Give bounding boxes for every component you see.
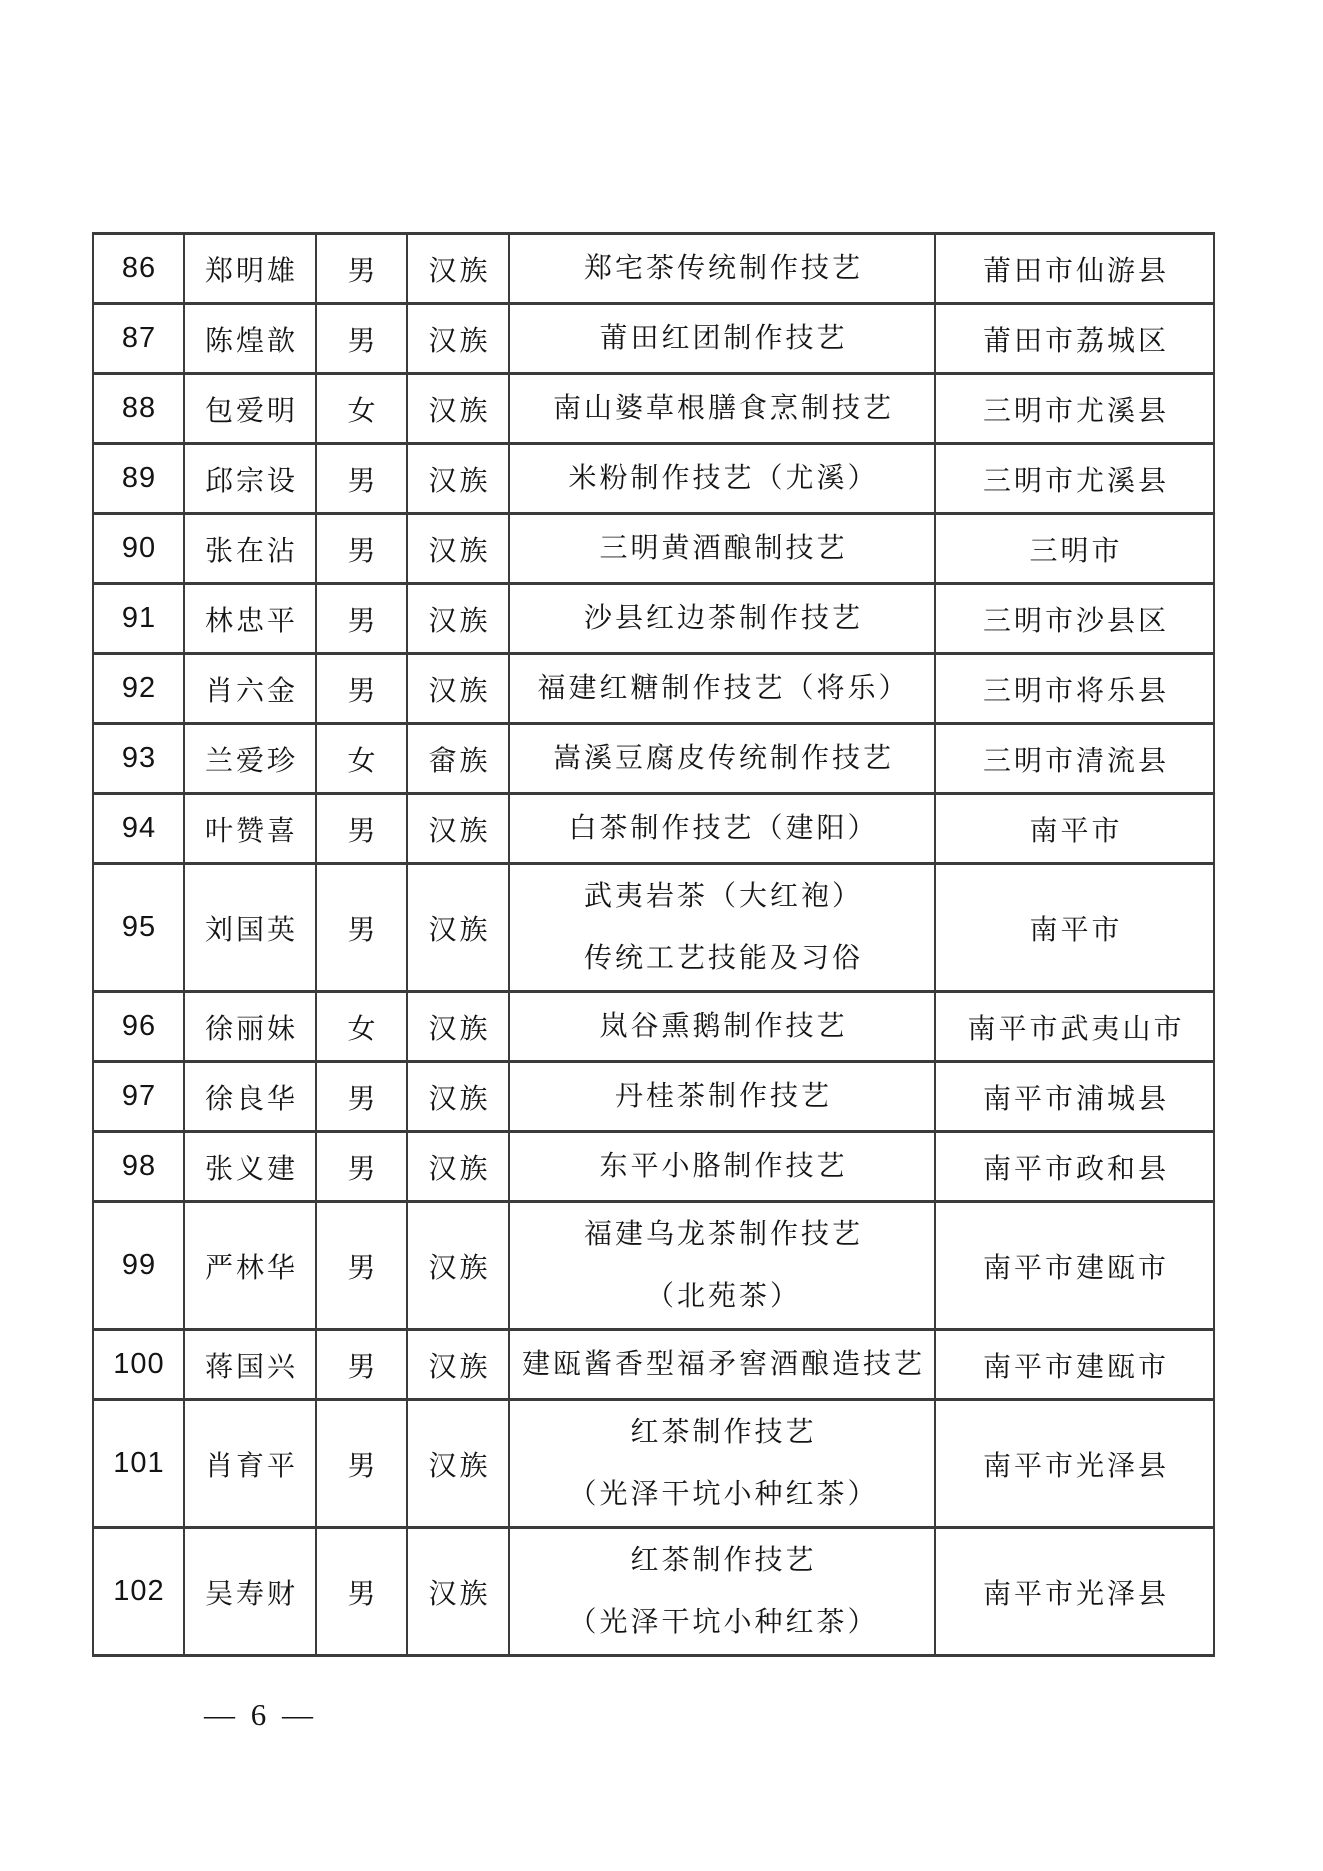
gender-cell: 男 — [316, 304, 407, 374]
table-row: 94叶赞喜男汉族白茶制作技艺（建阳）南平市 — [93, 794, 1214, 864]
region-cell: 三明市将乐县 — [935, 654, 1214, 724]
name-cell: 刘国英 — [184, 864, 316, 992]
region-cell: 南平市政和县 — [935, 1132, 1214, 1202]
ethnicity-cell: 汉族 — [407, 584, 509, 654]
region-cell: 南平市光泽县 — [935, 1528, 1214, 1656]
item-line: 南山婆草根膳食烹制技艺 — [510, 378, 934, 440]
item-cell: 岚谷熏鹅制作技艺 — [509, 992, 935, 1062]
item-line: 莆田红团制作技艺 — [510, 308, 934, 370]
name-cell: 郑明雄 — [184, 234, 316, 304]
region-cell: 三明市尤溪县 — [935, 374, 1214, 444]
gender-cell: 女 — [316, 724, 407, 794]
item-cell: 丹桂茶制作技艺 — [509, 1062, 935, 1132]
name-cell: 徐丽妹 — [184, 992, 316, 1062]
item-line: 红茶制作技艺 — [510, 1402, 934, 1464]
item-cell: 武夷岩茶（大红袍）传统工艺技能及习俗 — [509, 864, 935, 992]
region-cell: 南平市建瓯市 — [935, 1330, 1214, 1400]
item-cell: 福建红糖制作技艺（将乐） — [509, 654, 935, 724]
row-number-cell: 92 — [93, 654, 184, 724]
item-cell: 三明黄酒酿制技艺 — [509, 514, 935, 584]
name-cell: 林忠平 — [184, 584, 316, 654]
name-cell: 张义建 — [184, 1132, 316, 1202]
ethnicity-cell: 汉族 — [407, 514, 509, 584]
table-row: 91林忠平男汉族沙县红边茶制作技艺三明市沙县区 — [93, 584, 1214, 654]
row-number-cell: 102 — [93, 1528, 184, 1656]
table-row: 97徐良华男汉族丹桂茶制作技艺南平市浦城县 — [93, 1062, 1214, 1132]
region-cell: 三明市沙县区 — [935, 584, 1214, 654]
region-cell: 南平市武夷山市 — [935, 992, 1214, 1062]
item-line: 武夷岩茶（大红袍） — [510, 866, 934, 928]
table-row: 95刘国英男汉族武夷岩茶（大红袍）传统工艺技能及习俗南平市 — [93, 864, 1214, 992]
item-line: 沙县红边茶制作技艺 — [510, 588, 934, 650]
item-cell: 东平小胳制作技艺 — [509, 1132, 935, 1202]
gender-cell: 男 — [316, 234, 407, 304]
gender-cell: 男 — [316, 584, 407, 654]
ethnicity-cell: 汉族 — [407, 444, 509, 514]
region-cell: 南平市 — [935, 794, 1214, 864]
gender-cell: 男 — [316, 1528, 407, 1656]
row-number-cell: 94 — [93, 794, 184, 864]
ethnicity-cell: 汉族 — [407, 864, 509, 992]
row-number-cell: 86 — [93, 234, 184, 304]
row-number-cell: 100 — [93, 1330, 184, 1400]
name-cell: 邱宗设 — [184, 444, 316, 514]
item-cell: 建瓯酱香型福矛窖酒酿造技艺 — [509, 1330, 935, 1400]
table-row: 101肖育平男汉族红茶制作技艺（光泽干坑小种红茶）南平市光泽县 — [93, 1400, 1214, 1528]
row-number-cell: 89 — [93, 444, 184, 514]
row-number-cell: 91 — [93, 584, 184, 654]
row-number-cell: 87 — [93, 304, 184, 374]
item-line: 郑宅茶传统制作技艺 — [510, 238, 934, 300]
table-row: 87陈煌歆男汉族莆田红团制作技艺莆田市荔城区 — [93, 304, 1214, 374]
ethnicity-cell: 汉族 — [407, 654, 509, 724]
name-cell: 包爱明 — [184, 374, 316, 444]
row-number-cell: 98 — [93, 1132, 184, 1202]
ethnicity-cell: 汉族 — [407, 794, 509, 864]
item-cell: 米粉制作技艺（尤溪） — [509, 444, 935, 514]
item-line: 传统工艺技能及习俗 — [510, 928, 934, 990]
name-cell: 蒋国兴 — [184, 1330, 316, 1400]
region-cell: 南平市浦城县 — [935, 1062, 1214, 1132]
gender-cell: 男 — [316, 864, 407, 992]
region-cell: 南平市 — [935, 864, 1214, 992]
ethnicity-cell: 汉族 — [407, 374, 509, 444]
item-line: （光泽干坑小种红茶） — [510, 1464, 934, 1526]
name-cell: 肖六金 — [184, 654, 316, 724]
item-line: 福建红糖制作技艺（将乐） — [510, 658, 934, 720]
item-line: 米粉制作技艺（尤溪） — [510, 448, 934, 510]
page-number: — 6 — — [204, 1697, 317, 1733]
region-cell: 三明市尤溪县 — [935, 444, 1214, 514]
ethnicity-cell: 汉族 — [407, 1132, 509, 1202]
ethnicity-cell: 汉族 — [407, 1062, 509, 1132]
ethnicity-cell: 汉族 — [407, 992, 509, 1062]
table-row: 98张义建男汉族东平小胳制作技艺南平市政和县 — [93, 1132, 1214, 1202]
gender-cell: 男 — [316, 1330, 407, 1400]
table-row: 88包爱明女汉族南山婆草根膳食烹制技艺三明市尤溪县 — [93, 374, 1214, 444]
ethnicity-cell: 汉族 — [407, 1330, 509, 1400]
item-cell: 白茶制作技艺（建阳） — [509, 794, 935, 864]
region-cell: 莆田市仙游县 — [935, 234, 1214, 304]
gender-cell: 男 — [316, 1202, 407, 1330]
inheritors-table: 86郑明雄男汉族郑宅茶传统制作技艺莆田市仙游县87陈煌歆男汉族莆田红团制作技艺莆… — [92, 232, 1215, 1657]
item-line: （光泽干坑小种红茶） — [510, 1592, 934, 1654]
table-row: 96徐丽妹女汉族岚谷熏鹅制作技艺南平市武夷山市 — [93, 992, 1214, 1062]
region-cell: 南平市光泽县 — [935, 1400, 1214, 1528]
row-number-cell: 88 — [93, 374, 184, 444]
name-cell: 兰爱珍 — [184, 724, 316, 794]
item-line: 岚谷熏鹅制作技艺 — [510, 996, 934, 1058]
ethnicity-cell: 畲族 — [407, 724, 509, 794]
item-line: 红茶制作技艺 — [510, 1530, 934, 1592]
ethnicity-cell: 汉族 — [407, 234, 509, 304]
row-number-cell: 90 — [93, 514, 184, 584]
item-line: 三明黄酒酿制技艺 — [510, 518, 934, 580]
gender-cell: 男 — [316, 1132, 407, 1202]
gender-cell: 男 — [316, 1400, 407, 1528]
item-cell: 郑宅茶传统制作技艺 — [509, 234, 935, 304]
row-number-cell: 99 — [93, 1202, 184, 1330]
table-row: 100蒋国兴男汉族建瓯酱香型福矛窖酒酿造技艺南平市建瓯市 — [93, 1330, 1214, 1400]
item-line: 东平小胳制作技艺 — [510, 1136, 934, 1198]
name-cell: 徐良华 — [184, 1062, 316, 1132]
ethnicity-cell: 汉族 — [407, 304, 509, 374]
ethnicity-cell: 汉族 — [407, 1400, 509, 1528]
gender-cell: 男 — [316, 794, 407, 864]
region-cell: 三明市 — [935, 514, 1214, 584]
item-cell: 嵩溪豆腐皮传统制作技艺 — [509, 724, 935, 794]
item-cell: 莆田红团制作技艺 — [509, 304, 935, 374]
table-row: 102吴寿财男汉族红茶制作技艺（光泽干坑小种红茶）南平市光泽县 — [93, 1528, 1214, 1656]
name-cell: 陈煌歆 — [184, 304, 316, 374]
item-cell: 红茶制作技艺（光泽干坑小种红茶） — [509, 1528, 935, 1656]
item-line: 建瓯酱香型福矛窖酒酿造技艺 — [510, 1334, 934, 1396]
gender-cell: 男 — [316, 654, 407, 724]
item-line: 白茶制作技艺（建阳） — [510, 798, 934, 860]
item-line: （北苑茶） — [510, 1266, 934, 1328]
gender-cell: 男 — [316, 1062, 407, 1132]
table-row: 99严林华男汉族福建乌龙茶制作技艺（北苑茶）南平市建瓯市 — [93, 1202, 1214, 1330]
gender-cell: 女 — [316, 992, 407, 1062]
name-cell: 严林华 — [184, 1202, 316, 1330]
table-row: 92肖六金男汉族福建红糖制作技艺（将乐）三明市将乐县 — [93, 654, 1214, 724]
region-cell: 南平市建瓯市 — [935, 1202, 1214, 1330]
name-cell: 吴寿财 — [184, 1528, 316, 1656]
ethnicity-cell: 汉族 — [407, 1528, 509, 1656]
region-cell: 莆田市荔城区 — [935, 304, 1214, 374]
table-row: 90张在沾男汉族三明黄酒酿制技艺三明市 — [93, 514, 1214, 584]
row-number-cell: 101 — [93, 1400, 184, 1528]
item-cell: 南山婆草根膳食烹制技艺 — [509, 374, 935, 444]
region-cell: 三明市清流县 — [935, 724, 1214, 794]
item-cell: 红茶制作技艺（光泽干坑小种红茶） — [509, 1400, 935, 1528]
ethnicity-cell: 汉族 — [407, 1202, 509, 1330]
table-row: 93兰爱珍女畲族嵩溪豆腐皮传统制作技艺三明市清流县 — [93, 724, 1214, 794]
row-number-cell: 97 — [93, 1062, 184, 1132]
table-row: 86郑明雄男汉族郑宅茶传统制作技艺莆田市仙游县 — [93, 234, 1214, 304]
name-cell: 叶赞喜 — [184, 794, 316, 864]
gender-cell: 女 — [316, 374, 407, 444]
row-number-cell: 95 — [93, 864, 184, 992]
row-number-cell: 93 — [93, 724, 184, 794]
gender-cell: 男 — [316, 444, 407, 514]
table-row: 89邱宗设男汉族米粉制作技艺（尤溪）三明市尤溪县 — [93, 444, 1214, 514]
document-page: 86郑明雄男汉族郑宅茶传统制作技艺莆田市仙游县87陈煌歆男汉族莆田红团制作技艺莆… — [0, 0, 1323, 1871]
item-line: 嵩溪豆腐皮传统制作技艺 — [510, 728, 934, 790]
item-line: 丹桂茶制作技艺 — [510, 1066, 934, 1128]
table-body: 86郑明雄男汉族郑宅茶传统制作技艺莆田市仙游县87陈煌歆男汉族莆田红团制作技艺莆… — [93, 234, 1214, 1656]
name-cell: 肖育平 — [184, 1400, 316, 1528]
item-cell: 沙县红边茶制作技艺 — [509, 584, 935, 654]
name-cell: 张在沾 — [184, 514, 316, 584]
gender-cell: 男 — [316, 514, 407, 584]
item-line: 福建乌龙茶制作技艺 — [510, 1204, 934, 1266]
row-number-cell: 96 — [93, 992, 184, 1062]
item-cell: 福建乌龙茶制作技艺（北苑茶） — [509, 1202, 935, 1330]
